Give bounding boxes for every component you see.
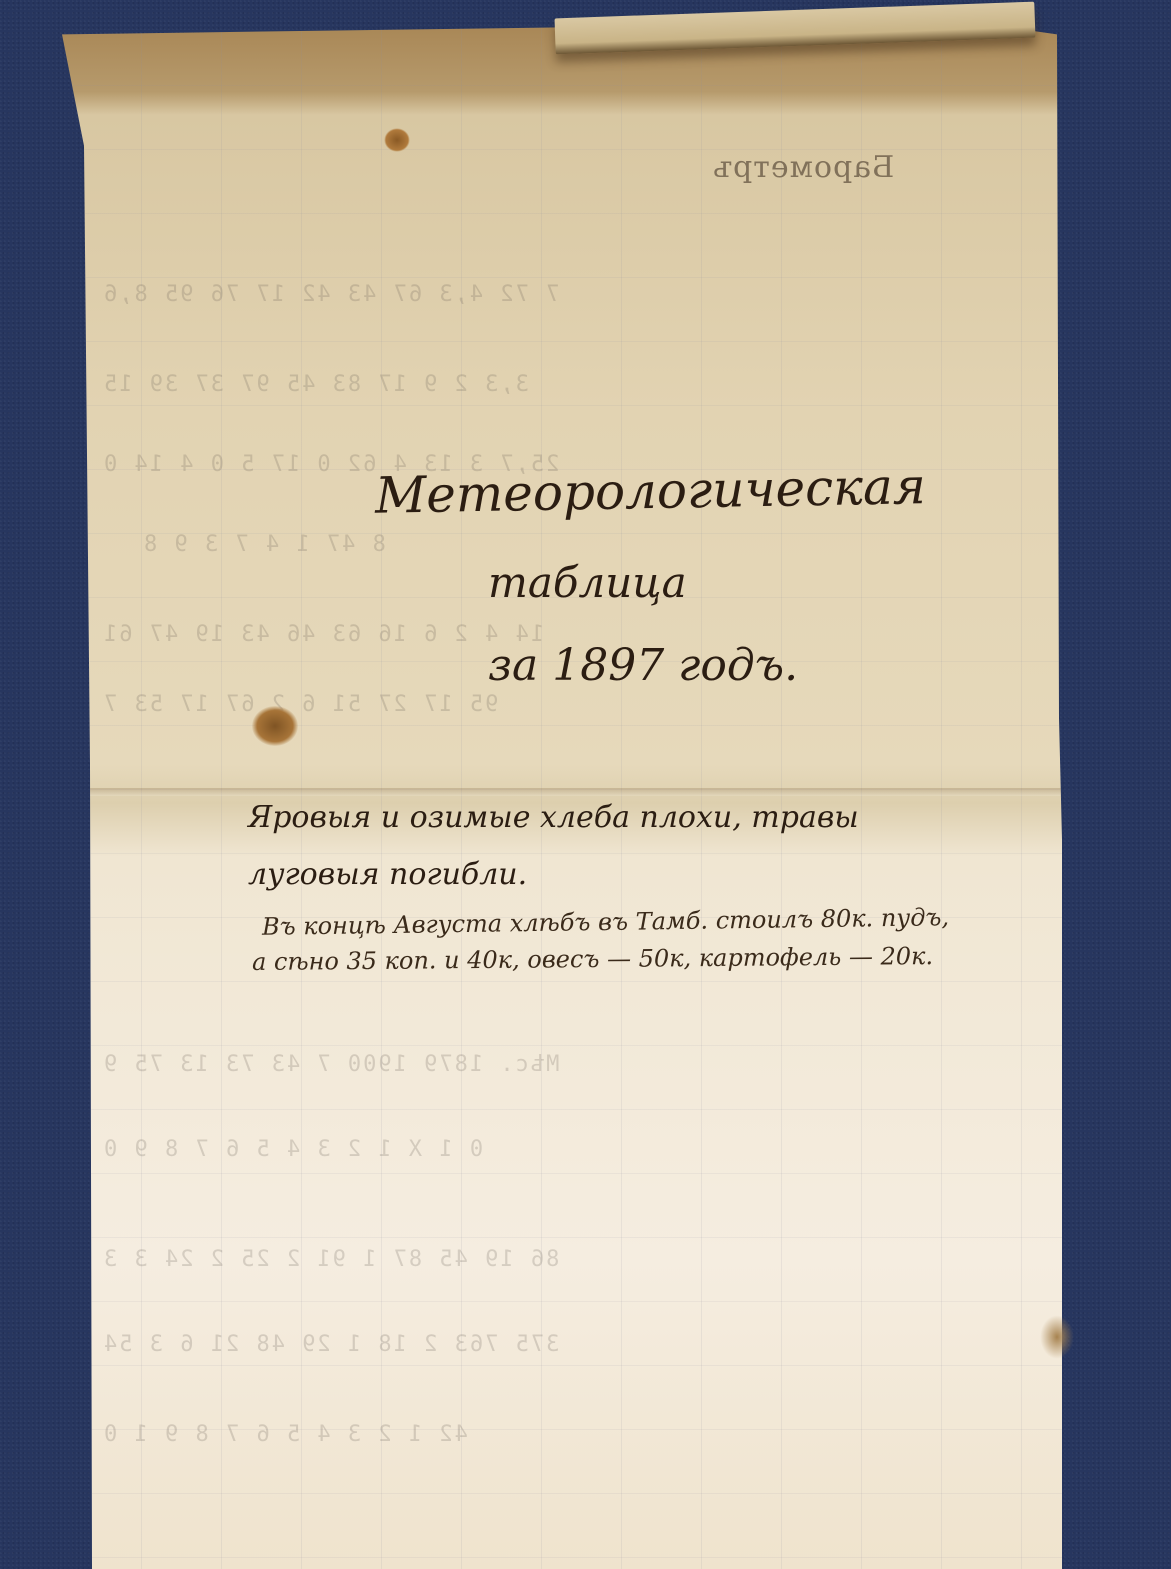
ghost-row: 42 1 2 3 4 5 6 7 8 9 1 0 xyxy=(102,1422,468,1447)
note-line-4: а сѣно 35 коп. и 40к, овесъ — 50к, карто… xyxy=(252,942,933,976)
ghost-row: 7 72 4,3 67 43 42 17 76 95 8,6 xyxy=(102,282,559,307)
title-line-2: таблица xyxy=(488,558,687,607)
ghost-row: 86 19 45 87 1 91 2 25 2 24 3 3 xyxy=(102,1247,559,1272)
ink-stain xyxy=(252,706,298,746)
ghost-row: 14 4 2 6 16 63 46 43 19 47 61 xyxy=(102,622,544,647)
note-line-1: Яровыя и озимые хлеба плохи, травы xyxy=(248,800,859,835)
title-line-1: Метеорологическая xyxy=(375,457,927,525)
ghost-row: 8 47 1 4 7 3 9 8 xyxy=(142,532,386,557)
ink-stain xyxy=(384,128,410,152)
bleed-through-stamp: Барометръ xyxy=(712,150,894,185)
ghost-row: 3,3 2 9 17 83 45 97 37 39 15 xyxy=(102,372,529,397)
note-line-2: луговыя погибли. xyxy=(248,857,527,892)
title-line-3: за 1897 годъ. xyxy=(488,640,798,691)
ghost-row: 95 17 27 51 6 2 67 17 53 7 xyxy=(102,692,498,717)
ghost-row: 0 1 X 1 2 3 4 5 6 7 8 9 0 xyxy=(102,1137,483,1162)
ghost-row: Мѣс. 1879 1900 7 43 73 13 75 9 xyxy=(102,1052,559,1077)
ghost-row: 375 763 2 18 1 29 48 21 6 3 54 xyxy=(102,1332,559,1357)
document-sheet: 7 72 4,3 67 43 42 17 76 95 8,6 3,3 2 9 1… xyxy=(62,22,1062,1569)
ink-stain xyxy=(1040,1315,1074,1359)
